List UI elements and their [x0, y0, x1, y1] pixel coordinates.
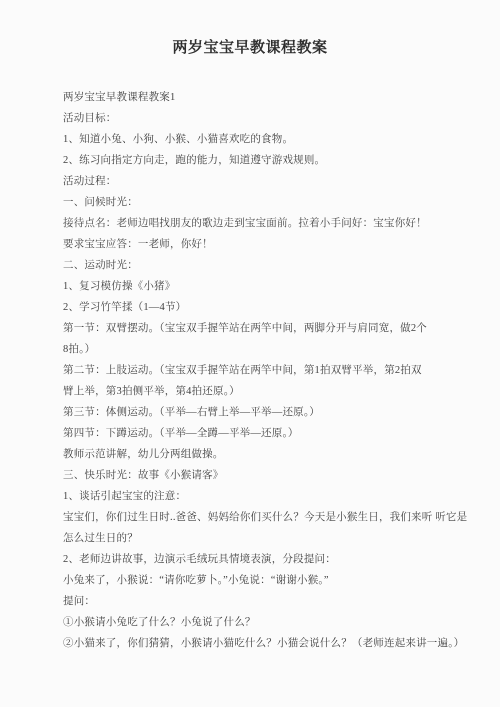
document-line: 2、练习向指定方向走，跑的能力，知道遵守游戏规则。: [63, 150, 450, 171]
document-line: 怎么过生日的？: [63, 528, 450, 549]
document-line: 要求宝宝应答：一老师，你好！: [63, 234, 450, 255]
document-line: 1、复习模仿操《小猪》: [63, 276, 450, 297]
document-line: 第四节：下蹲运动。（平举—全蹲—平举—还原。）: [63, 423, 450, 444]
document-line: 2、学习竹竿揉（1—4节）: [63, 297, 450, 318]
document-line: 教师示范讲解，幼儿分两组做操。: [63, 444, 450, 465]
document-line: 8拍。）: [63, 339, 450, 360]
document-line: 第一节：双臂摆动。（宝宝双手握竿站在两竿中间，两脚分开与肩同宽，做2个: [63, 318, 450, 339]
document-line: 活动目标：: [63, 108, 450, 129]
document-line: 第二节：上肢运动。（宝宝双手握竿站在两竿中间，第1拍双臂平举，第2拍双: [63, 360, 450, 381]
document-line: 提问：: [63, 591, 450, 612]
document-line: 两岁宝宝早教课程教案1: [63, 87, 450, 108]
document-body: 两岁宝宝早教课程教案1活动目标：1、知道小兔、小狗、小猴、小猫喜欢吃的食物。2、…: [63, 87, 450, 654]
document-line: 2、老师边讲故事，边演示毛绒玩具情境表演，分段提问：: [63, 549, 450, 570]
document-line: 三、快乐时光：故事《小猴请客》: [63, 465, 450, 486]
document-line: 宝宝们，你们过生日时..爸爸、妈妈给你们买什么？今天是小猴生日，我们来听 听它是: [63, 507, 450, 528]
document-line: 第三节：体侧运动。（平举—右臂上举—平举—还原。）: [63, 402, 450, 423]
document-line: ②小猫来了，你们猜猜，小猴请小猫吃什么？小猫会说什么？（老师连起来讲一遍。）: [63, 633, 450, 654]
document-line: 小兔来了，小猴说：“请你吃萝卜。”小兔说：“谢谢小猴。”: [63, 570, 450, 591]
document-line: ①小猴请小兔吃了什么？小兔说了什么？: [63, 612, 450, 633]
document-title: 两岁宝宝早教课程教案: [63, 38, 437, 58]
document-line: 二、运动时光：: [63, 255, 450, 276]
document-page: 两岁宝宝早教课程教案 两岁宝宝早教课程教案1活动目标：1、知道小兔、小狗、小猴、…: [0, 0, 500, 707]
document-line: 一、问候时光：: [63, 192, 450, 213]
document-line: 臂上举，第3拍侧平举，第4拍还原。）: [63, 381, 450, 402]
document-line: 1、谈话引起宝宝的注意：: [63, 486, 450, 507]
document-line: 接待点名：老师边唱找朋友的歌边走到宝宝面前。拉着小手问好：宝宝你好！: [63, 213, 450, 234]
document-line: 1、知道小兔、小狗、小猴、小猫喜欢吃的食物。: [63, 129, 450, 150]
document-line: 活动过程：: [63, 171, 450, 192]
